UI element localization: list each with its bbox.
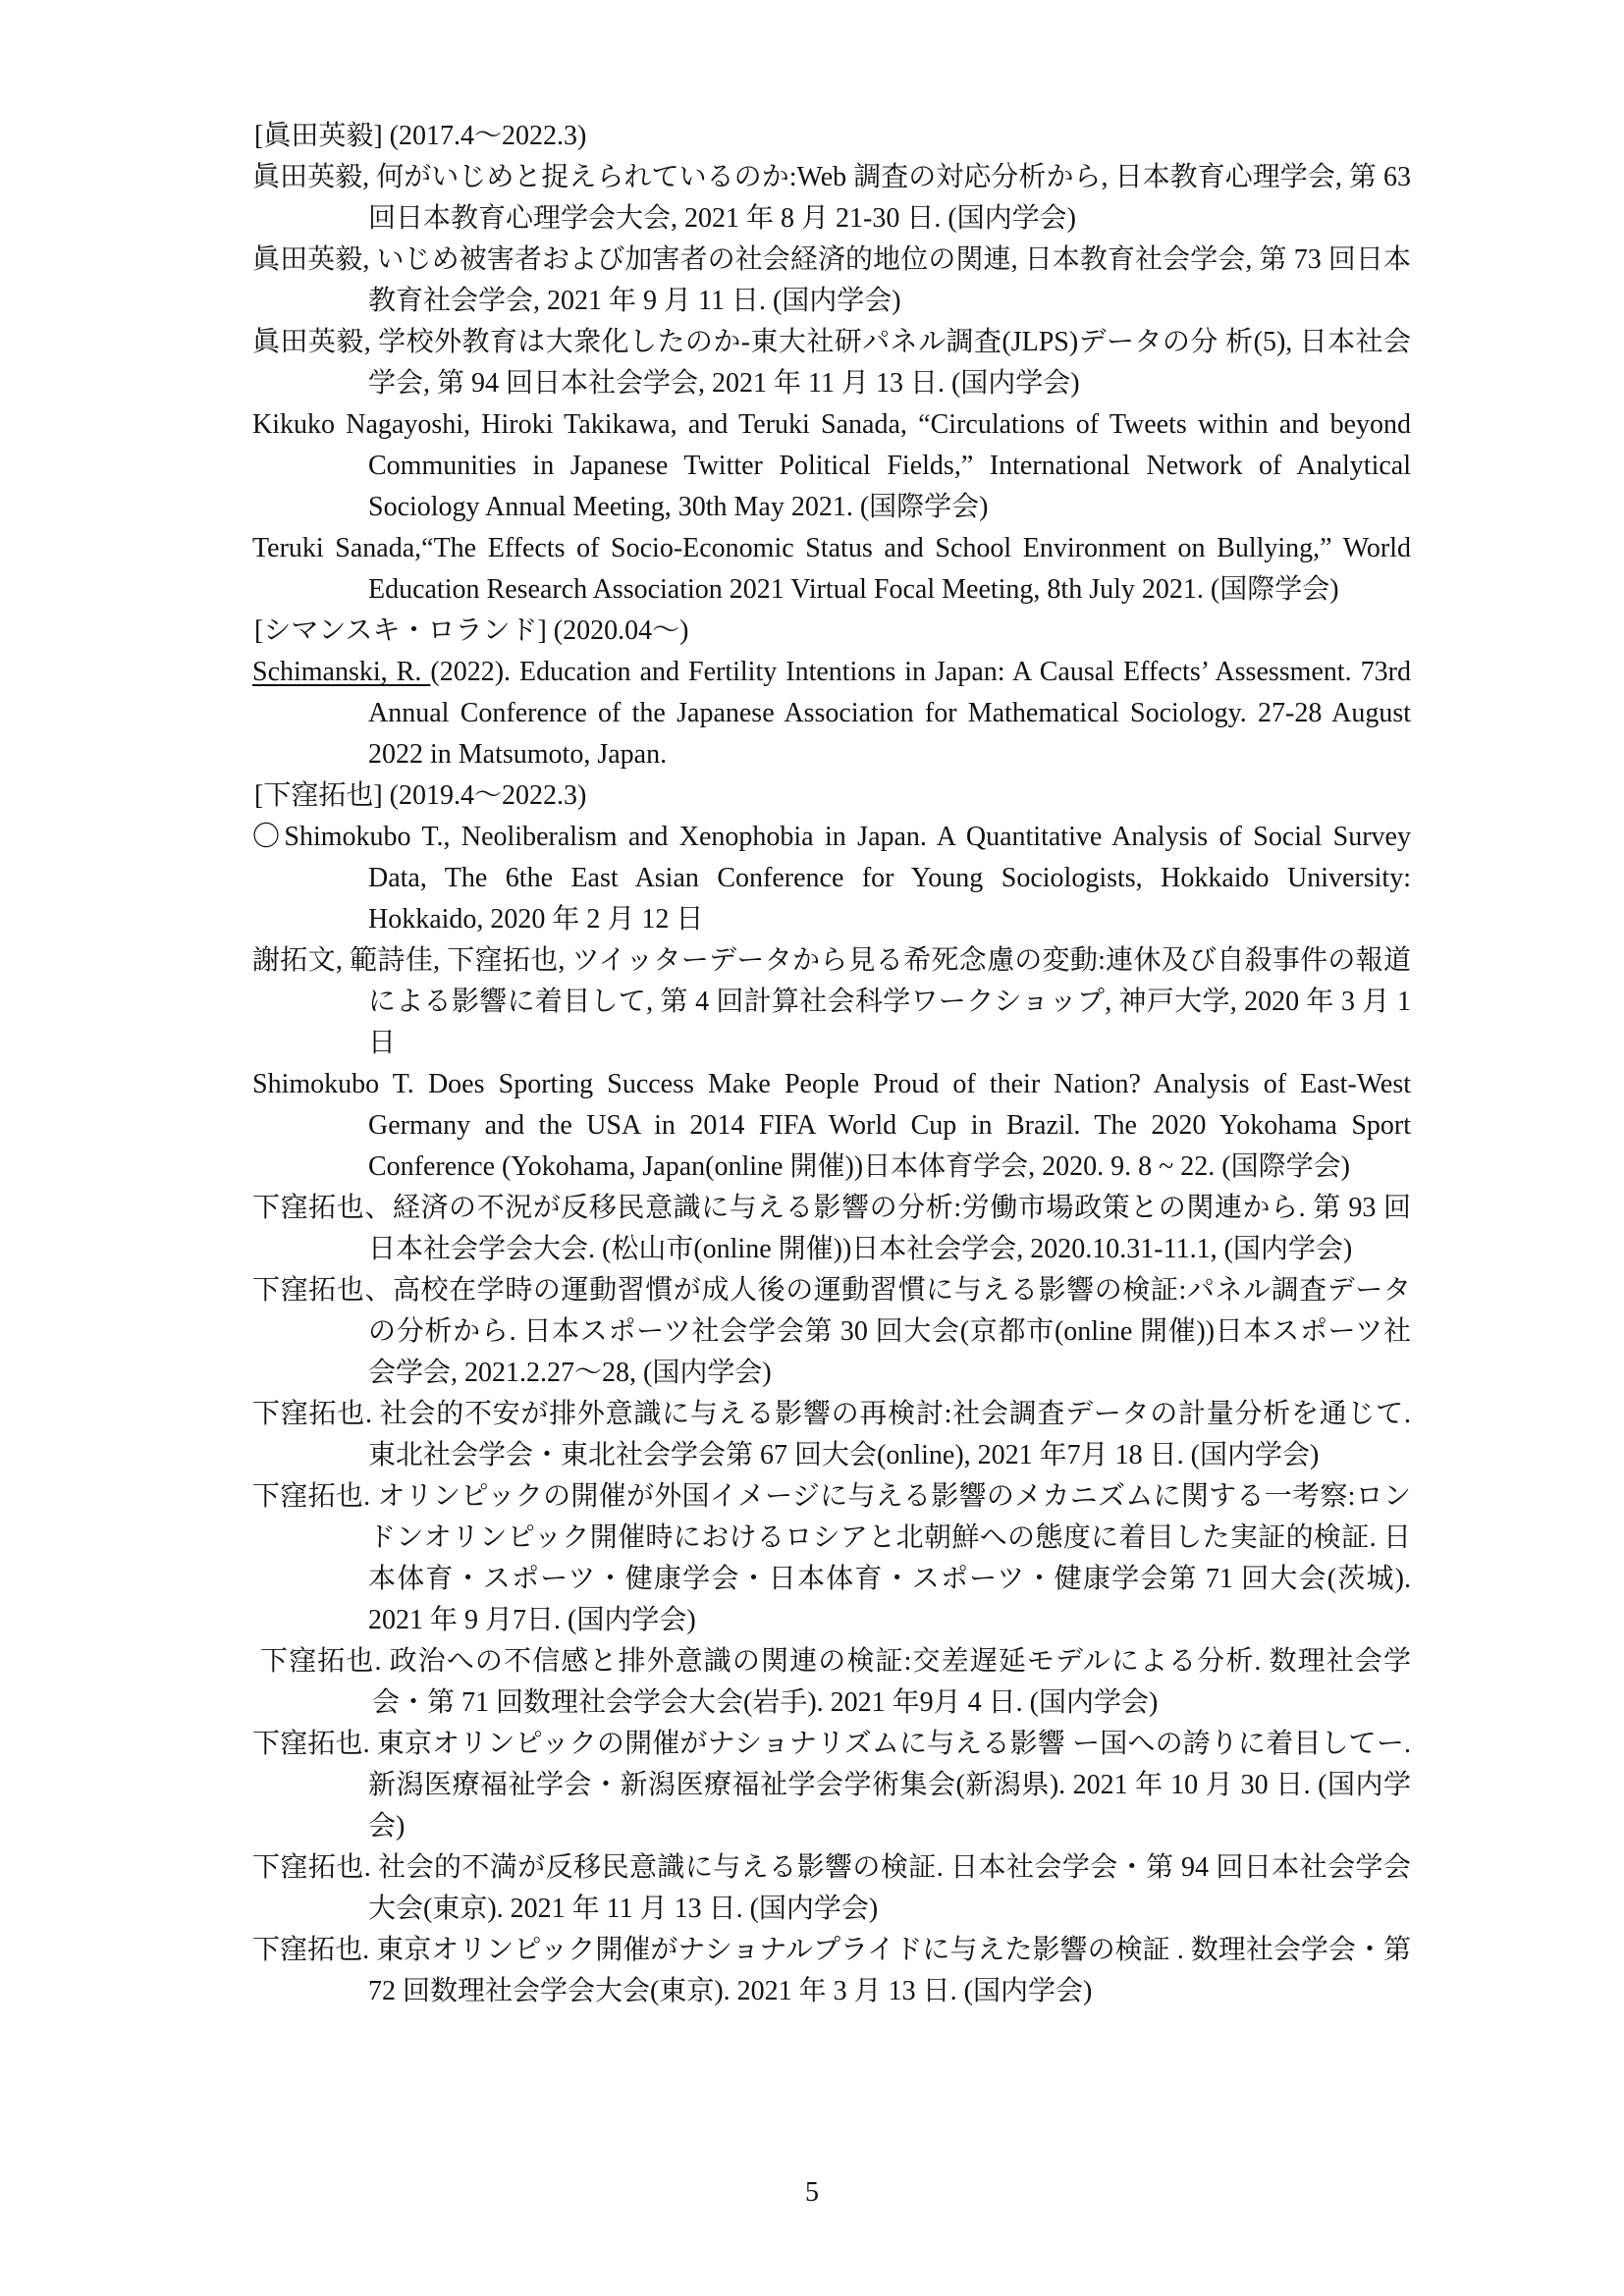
entry-text: (2022). Education and Fertility Intentio… [368,657,1411,770]
publication-entry: 眞田英毅, いじめ被害者および加害者の社会経済的地位の関連, 日本教育社会学会,… [252,240,1411,322]
publication-entry: Schimanski, R. (2022). Education and Fer… [252,652,1411,775]
publication-entry: 眞田英毅, 何がいじめと捉えられているのか:Web 調査の対応分析から, 日本教… [252,157,1411,240]
publication-entry: 下窪拓也. 東京オリンピックの開催がナショナリズムに与える影響 ー国への誇りに着… [252,1724,1411,1847]
underlined-author: Schimanski, R. [252,657,430,687]
publication-entry: Kikuko Nagayoshi, Hiroki Takikawa, and T… [252,404,1411,528]
publication-entry: 下窪拓也. 政治への不信感と排外意識の関連の検証:交差遅延モデルによる分析. 数… [252,1641,1411,1724]
publication-entry: 下窪拓也. オリンピックの開催が外国イメージに与える影響のメカニズムに関する一考… [252,1476,1411,1641]
publication-entry: 下窪拓也. 社会的不満が反移民意識に与える影響の検証. 日本社会学会・第 94 … [252,1847,1411,1930]
publication-entry: Shimokubo T. Does Sporting Success Make … [252,1064,1411,1188]
publication-entry: 下窪拓也、高校在学時の運動習慣が成人後の運動習慣に与える影響の検証:パネル調査デ… [252,1270,1411,1394]
publication-entry: 〇Shimokubo T., Neoliberalism and Xenopho… [252,817,1411,940]
publication-entry: 下窪拓也. 社会的不安が排外意識に与える影響の再検討:社会調査データの計量分析を… [252,1394,1411,1476]
publication-entry: 下窪拓也、経済の不況が反移民意識に与える影響の分析:労働市場政策との関連から. … [252,1188,1411,1270]
publication-entry: 謝拓文, 範詩佳, 下窪拓也, ツイッターデータから見る希死念慮の変動:連休及び… [252,940,1411,1064]
publication-entry: Teruki Sanada,“The Effects of Socio-Econ… [252,528,1411,611]
section-header-sanada: [眞田英毅] (2017.4～2022.3) [252,116,1411,157]
page-number: 5 [0,2177,1624,2209]
section-header-schimanski: [シマンスキ・ロランド] (2020.04～) [252,611,1411,652]
section-header-shimokubo: [下窪拓也] (2019.4～2022.3) [252,775,1411,817]
document-page: [眞田英毅] (2017.4～2022.3) 眞田英毅, 何がいじめと捉えられて… [252,116,1411,2012]
publication-entry: 眞田英毅, 学校外教育は大衆化したのか-東大社研パネル調査(JLPS)データの分… [252,322,1411,404]
publication-entry: 下窪拓也. 東京オリンピック開催がナショナルプライドに与えた影響の検証 . 数理… [252,1930,1411,2012]
